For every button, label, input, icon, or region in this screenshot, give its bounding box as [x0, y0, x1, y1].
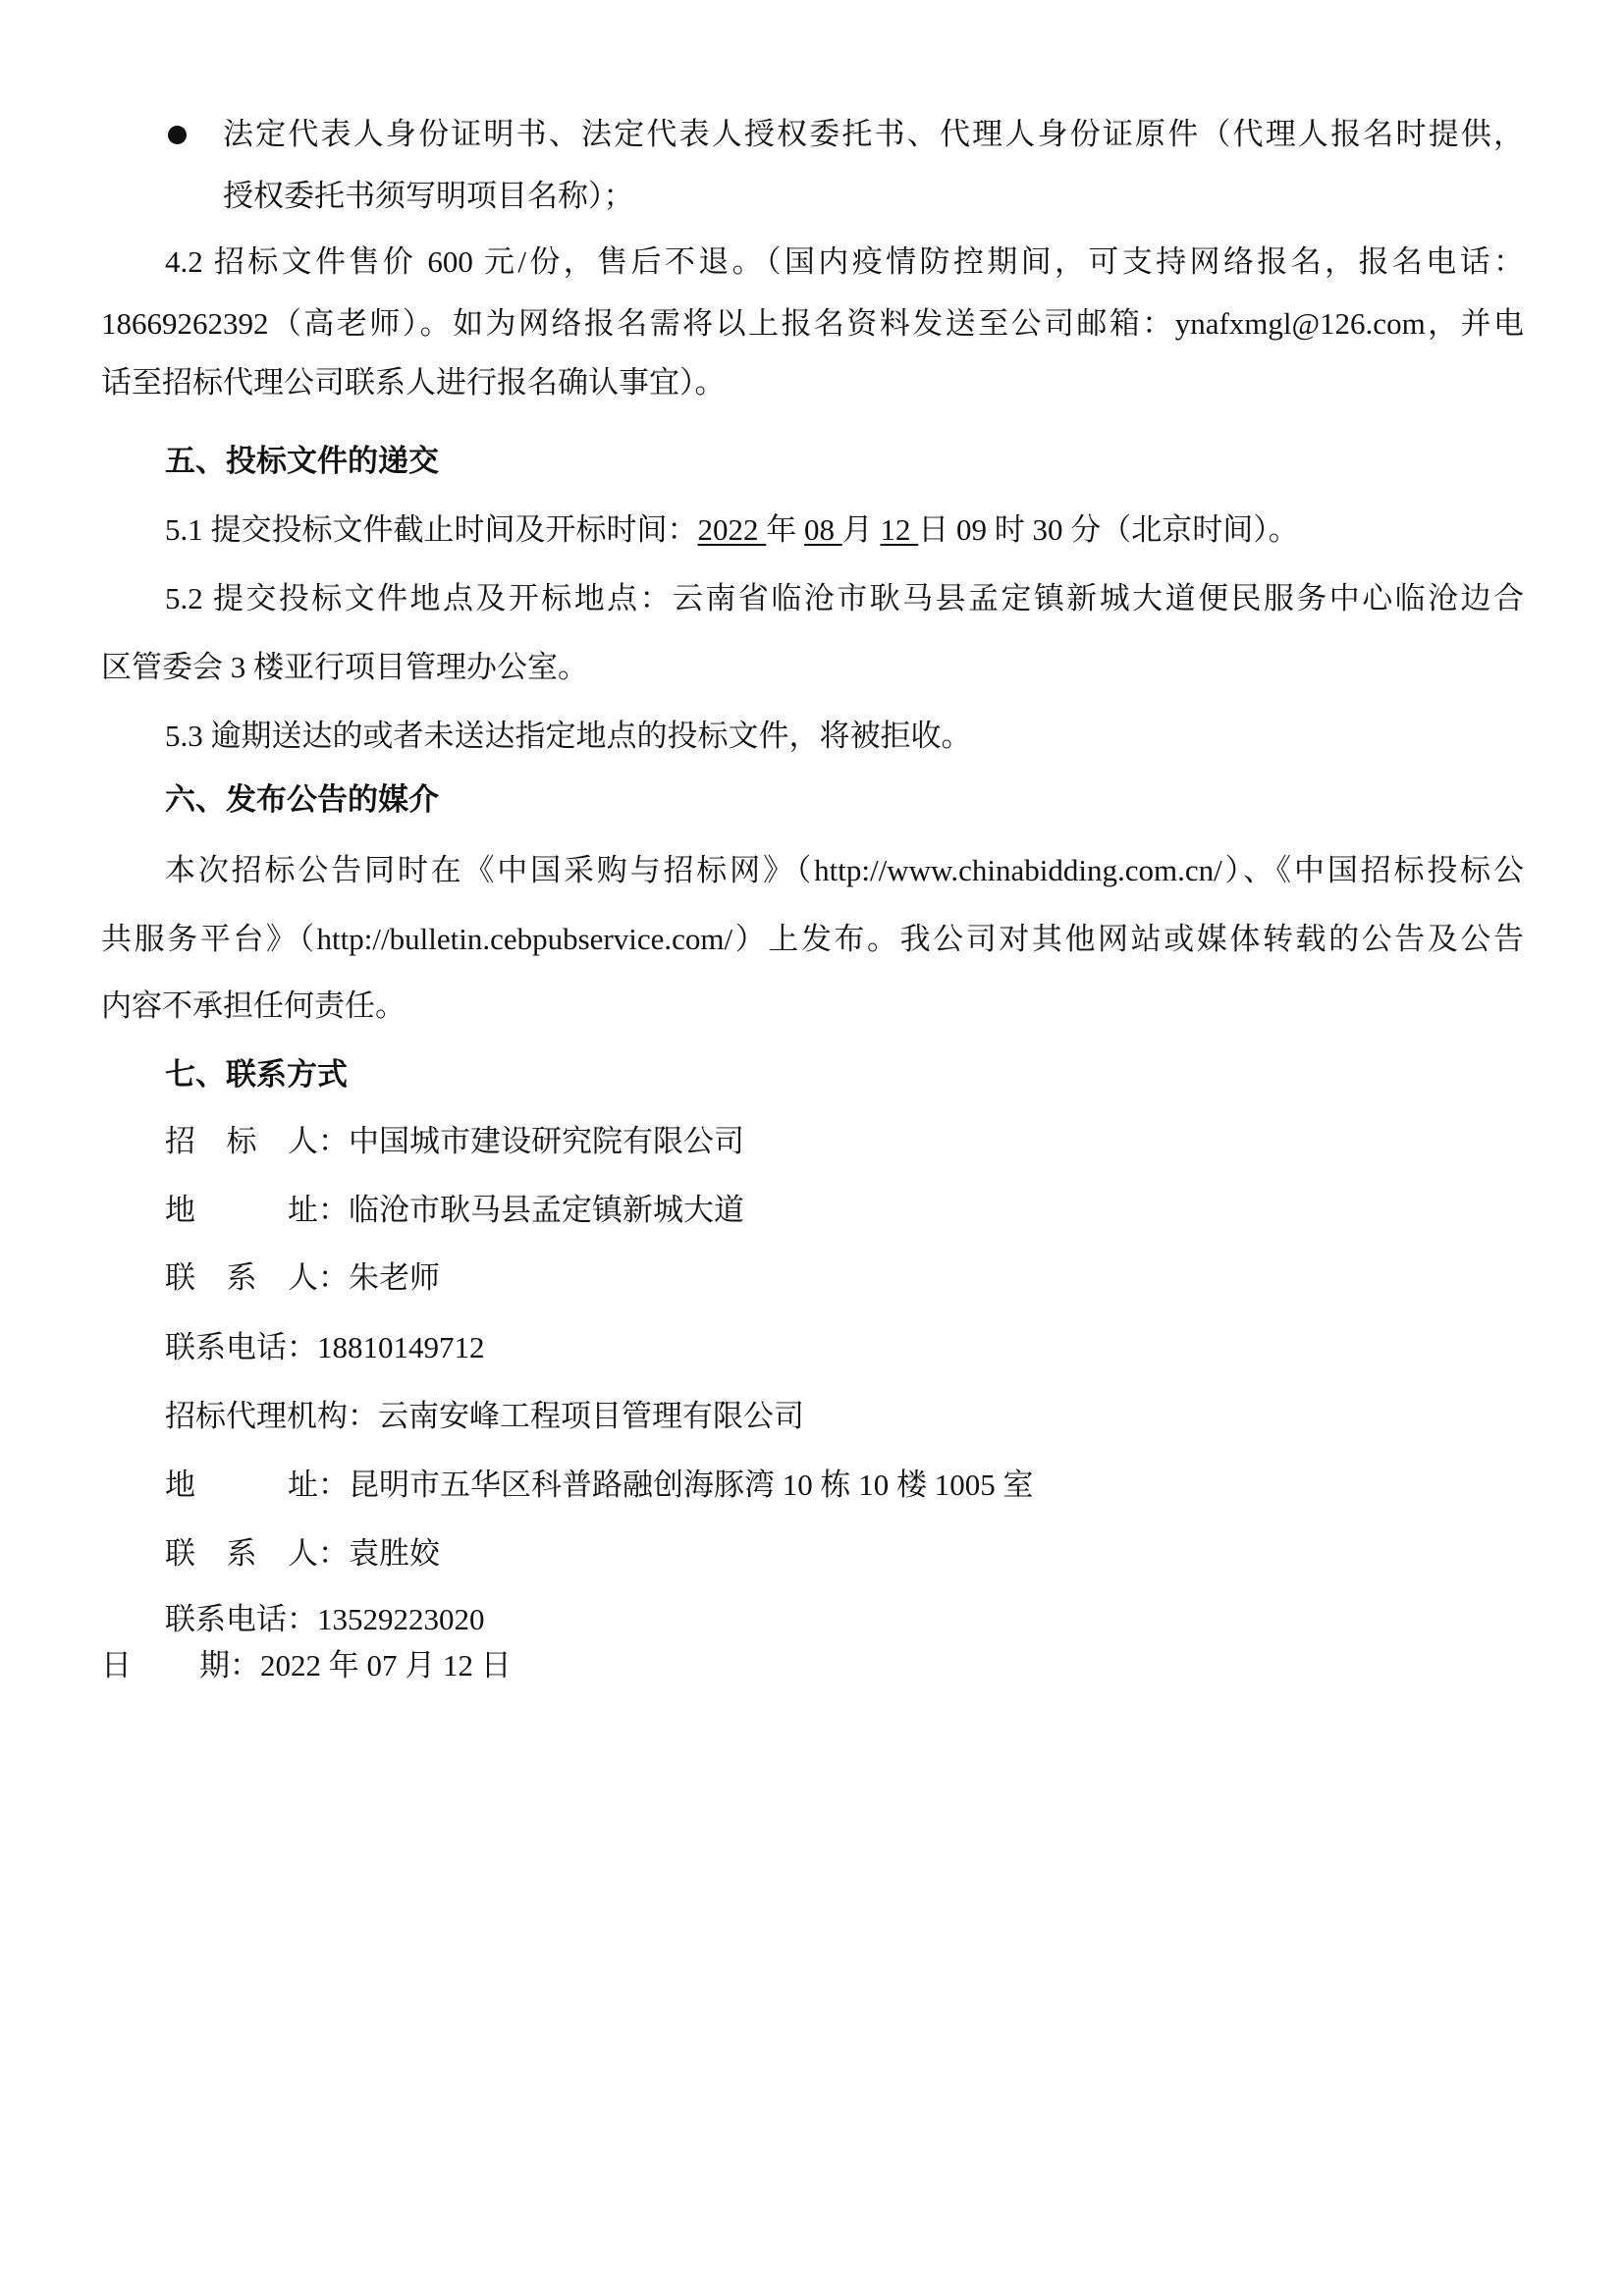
tenderer-address-label: 地址	[165, 1191, 318, 1230]
agency-contact-row: 联系人：袁胜姣	[165, 1534, 440, 1574]
colon: ：	[230, 1648, 260, 1682]
bullet-icon	[168, 126, 187, 144]
tenderer-contact: 朱老师	[349, 1260, 440, 1295]
date-label-1: 日	[101, 1646, 199, 1685]
bullet-line-2: 授权委托书须写明项目名称）；	[223, 177, 634, 216]
tenderer-name-row: 招标人：中国城市建设研究院有限公司	[165, 1122, 744, 1161]
agency-name: 云南安峰工程项目管理有限公司	[378, 1399, 804, 1433]
colon: ：	[318, 1124, 349, 1158]
deadline-day: 12	[881, 512, 919, 547]
tenderer-address: 临沧市耿马县孟定镇新城大道	[349, 1193, 744, 1227]
day-unit-time: 日 09 时 30 分（北京时间）。	[918, 512, 1299, 547]
colon: ：	[318, 1260, 349, 1295]
agency-name-label: 招标代理机构	[165, 1399, 348, 1433]
date-row: 日期：2022 年 07 月 12 日	[101, 1646, 512, 1685]
clause-4-2-line-3: 话至招标代理公司联系人进行报名确认事宜）。	[101, 363, 726, 402]
section-6-line-1: 本次招标公告同时在《中国采购与招标网》（http://www.chinabidd…	[165, 851, 1524, 890]
section-6-line-2: 共服务平台》（http://bulletin.cebpubservice.com…	[101, 920, 1524, 959]
tenderer-name: 中国城市建设研究院有限公司	[349, 1124, 744, 1158]
section-6-line-3: 内容不承担任何责任。	[101, 987, 406, 1026]
agency-address-row: 地址：昆明市五华区科普路融创海豚湾 10 栋 10 楼 1005 室	[165, 1466, 1034, 1505]
section-7-heading: 七、联系方式	[165, 1055, 348, 1095]
tenderer-phone-row: 联系电话：18810149712	[165, 1328, 485, 1367]
tenderer-name-label: 招标人	[165, 1122, 318, 1161]
clause-5-1: 5.1 提交投标文件截止时间及开标时间：2022 年 08 月 12 日 09 …	[165, 510, 1299, 550]
deadline-year: 2022	[698, 512, 767, 547]
agency-phone: 13529223020	[317, 1602, 485, 1636]
tenderer-phone: 18810149712	[317, 1330, 485, 1364]
section-6-heading: 六、发布公告的媒介	[165, 780, 439, 820]
agency-address: 昆明市五华区科普路融创海豚湾 10 栋 10 楼 1005 室	[349, 1468, 1034, 1502]
colon: ：	[287, 1602, 317, 1636]
agency-contact: 袁胜姣	[349, 1536, 440, 1571]
year-unit: 年	[766, 512, 804, 547]
colon: ：	[318, 1536, 349, 1571]
date-value: 2022 年 07 月 12 日	[260, 1648, 512, 1682]
agency-phone-label: 联系电话	[165, 1602, 287, 1636]
section-5-heading: 五、投标文件的递交	[165, 442, 439, 481]
date-label-2: 期	[199, 1648, 230, 1682]
colon: ：	[318, 1468, 349, 1502]
clause-5-1-prefix: 5.1 提交投标文件截止时间及开标时间：	[165, 512, 698, 547]
clause-4-2-line-2: 18669262392（高老师）。如为网络报名需将以上报名资料发送至公司邮箱：y…	[101, 304, 1524, 344]
clause-5-2-line-2: 区管委会 3 楼亚行项目管理办公室。	[101, 648, 588, 687]
agency-phone-row: 联系电话：13529223020	[165, 1600, 485, 1639]
clause-5-3: 5.3 逾期送达的或者未送达指定地点的投标文件，将被拒收。	[165, 717, 972, 756]
clause-4-2-line-1: 4.2 招标文件售价 600 元/份，售后不退。（国内疫情防控期间，可支持网络报…	[165, 242, 1524, 282]
tenderer-phone-label: 联系电话	[165, 1330, 287, 1364]
bullet-line-1: 法定代表人身份证明书、法定代表人授权委托书、代理人身份证原件（代理人报名时提供，	[223, 115, 1524, 154]
agency-contact-label: 联系人	[165, 1534, 318, 1574]
clause-5-2-line-1: 5.2 提交投标文件地点及开标地点：云南省临沧市耿马县孟定镇新城大道便民服务中心…	[165, 579, 1524, 618]
tenderer-contact-label: 联系人	[165, 1258, 318, 1298]
tenderer-address-row: 地址：临沧市耿马县孟定镇新城大道	[165, 1191, 744, 1230]
deadline-month: 08	[804, 512, 842, 547]
month-unit: 月	[842, 512, 881, 547]
agency-name-row: 招标代理机构：云南安峰工程项目管理有限公司	[165, 1397, 804, 1436]
colon: ：	[318, 1193, 349, 1227]
agency-address-label: 地址	[165, 1466, 318, 1505]
tenderer-contact-row: 联系人：朱老师	[165, 1258, 440, 1298]
colon: ：	[287, 1330, 317, 1364]
colon: ：	[348, 1399, 378, 1433]
